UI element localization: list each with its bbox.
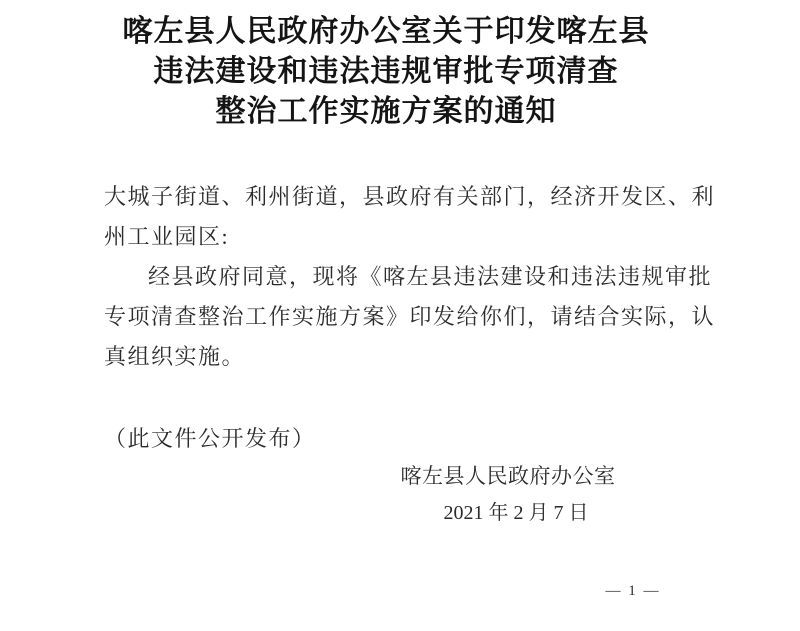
title-line-2: 违法建设和违法违规审批专项清查 bbox=[0, 52, 772, 92]
page-number: — 1 — bbox=[600, 581, 666, 601]
document-page: 喀左县人民政府办公室关于印发喀左县 违法建设和违法违规审批专项清查 整治工作实施… bbox=[0, 0, 800, 631]
title-line-3: 整治工作实施方案的通知 bbox=[0, 92, 772, 132]
salutation-line-2: 州工业园区: bbox=[104, 217, 718, 257]
document-title: 喀左县人民政府办公室关于印发喀左县 违法建设和违法违规审批专项清查 整治工作实施… bbox=[0, 12, 772, 132]
body-line-3: 真组织实施。 bbox=[104, 337, 718, 377]
body-line-2: 专项清查整治工作实施方案》印发给你们，请结合实际，认 bbox=[104, 297, 718, 337]
issue-date: 2021 年 2 月 7 日 bbox=[438, 499, 594, 527]
body-line-1: 经县政府同意，现将《喀左县违法建设和违法违规审批 bbox=[104, 257, 718, 297]
salutation-line-1: 大城子街道、利州街道，县政府有关部门，经济开发区、利 bbox=[104, 177, 718, 217]
title-line-1: 喀左县人民政府办公室关于印发喀左县 bbox=[0, 12, 772, 52]
publication-note: （此文件公开发布） bbox=[104, 419, 316, 459]
issuer-signature: 喀左县人民政府办公室 bbox=[400, 462, 616, 490]
document-body: 大城子街道、利州街道，县政府有关部门，经济开发区、利 州工业园区: 经县政府同意… bbox=[104, 177, 718, 377]
